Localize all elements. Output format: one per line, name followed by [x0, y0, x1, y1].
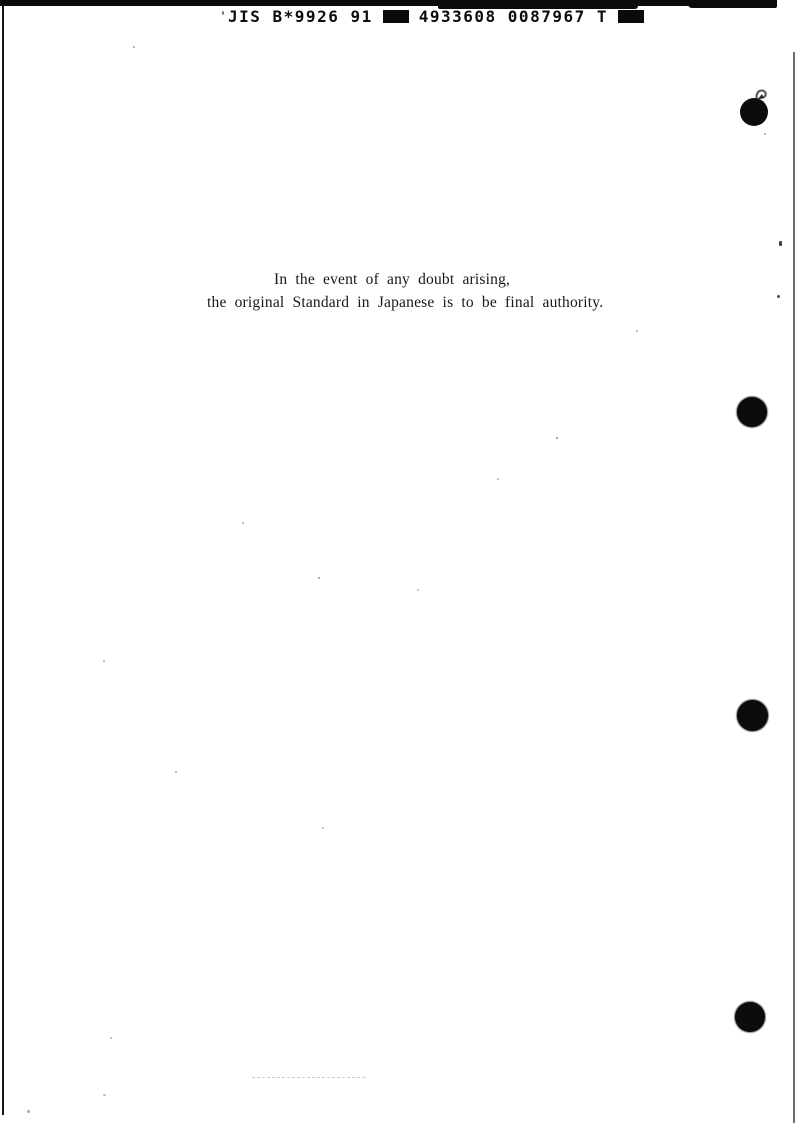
scan-left-edge-line	[2, 5, 4, 1115]
punch-hole-icon	[736, 86, 776, 132]
scan-speck	[322, 827, 324, 829]
solid-block-icon	[383, 10, 409, 23]
scan-speck	[175, 771, 177, 773]
scan-speck	[417, 589, 419, 591]
faint-dotted-line	[252, 1077, 365, 1078]
scanned-document-page: JIS B*9926 91 4933608 0087967 T In the e…	[0, 0, 800, 1123]
punch-hole-icon	[737, 700, 768, 731]
scan-speck	[110, 1037, 112, 1039]
scan-speck	[777, 295, 780, 298]
standard-code-header: JIS B*9926 91 4933608 0087967 T	[228, 7, 644, 26]
scan-speck	[636, 330, 638, 332]
scan-speck	[779, 241, 782, 246]
scan-speck	[764, 133, 766, 135]
scan-speck	[27, 1110, 30, 1113]
notice-line-2: the original Standard in Japanese is to …	[207, 295, 603, 311]
scan-speck	[222, 11, 224, 15]
standard-code-left: JIS B*9926 91	[228, 7, 373, 26]
scan-top-edge-bar	[0, 0, 777, 6]
scan-top-edge-bar-ragged	[688, 0, 777, 8]
scan-speck	[556, 437, 558, 439]
scan-speck	[103, 1094, 106, 1096]
scan-speck	[318, 577, 320, 579]
standard-code-right: 4933608 0087967 T	[419, 7, 608, 26]
scan-speck	[133, 46, 135, 48]
solid-block-icon	[618, 10, 644, 23]
scan-speck	[242, 522, 244, 524]
scan-right-edge-line	[793, 52, 795, 1123]
notice-line-1: In the event of any doubt arising,	[274, 272, 510, 288]
scan-speck	[103, 660, 105, 662]
punch-hole-icon	[737, 397, 767, 427]
scan-speck	[497, 478, 499, 480]
punch-hole-icon	[735, 1002, 765, 1032]
